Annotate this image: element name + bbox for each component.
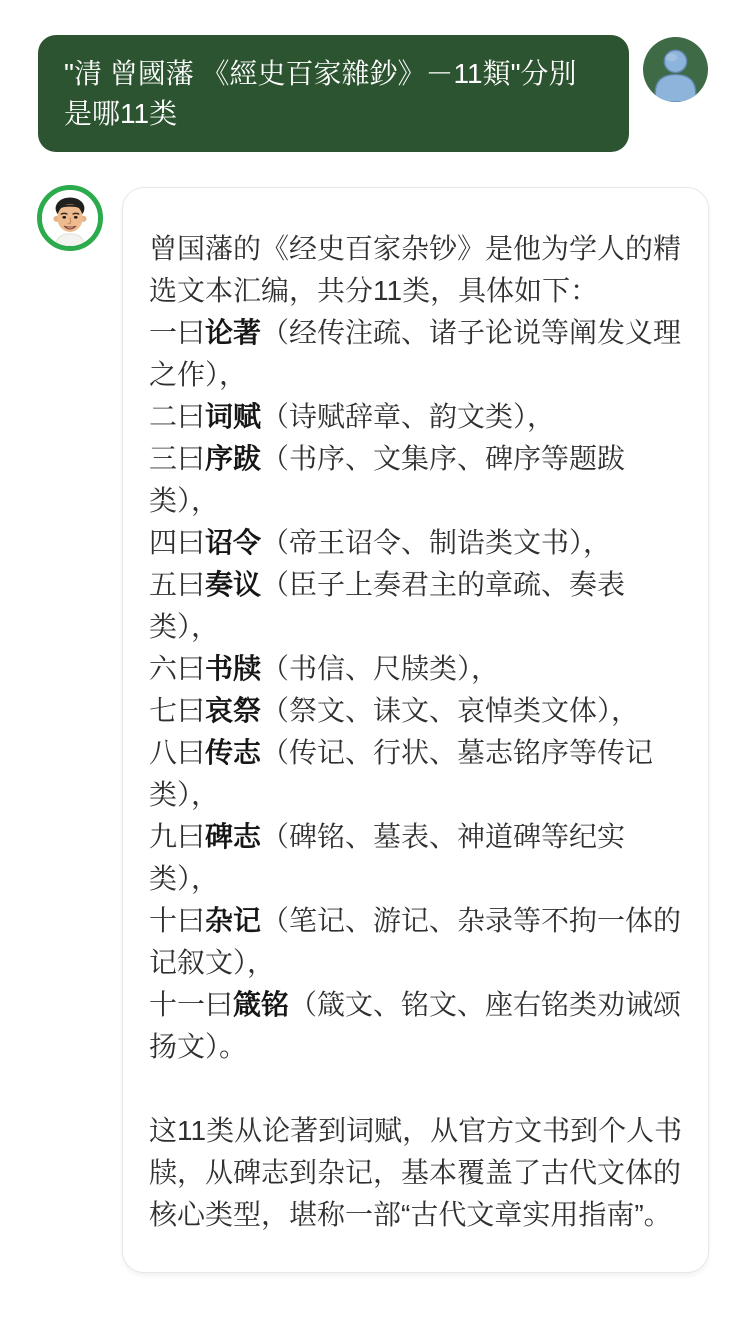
reply-item: 五曰奏议（臣子上奏君主的章疏、奏表类）， xyxy=(149,564,693,648)
user-message-bubble: "清 曾國藩 《經史百家雜鈔》－11類"分別是哪11类 xyxy=(38,35,629,152)
reply-item: 八曰传志（传记、行状、墓志铭序等传记类）， xyxy=(149,732,693,816)
category-term: 哀祭 xyxy=(205,695,261,726)
item-detail: （帝王诏令、制诰类文书）， xyxy=(261,527,611,558)
category-term: 序跋 xyxy=(205,443,261,474)
item-prefix: 四曰 xyxy=(149,527,205,558)
reply-item: 一曰论著（经传注疏、诸子论说等阐发义理之作）， xyxy=(149,312,693,396)
item-prefix: 一曰 xyxy=(149,317,205,348)
category-term: 论著 xyxy=(205,317,261,348)
item-prefix: 二曰 xyxy=(149,401,205,432)
item-prefix: 十曰 xyxy=(149,905,205,936)
user-message-row: "清 曾國藩 《經史百家雜鈔》－11類"分別是哪11类 xyxy=(38,35,708,152)
assistant-message-bubble: 曾国藩的《经史百家杂钞》是他为学人的精选文本汇编，共分11类，具体如下： 一曰论… xyxy=(122,187,709,1273)
user-avatar[interactable] xyxy=(643,37,708,102)
item-prefix: 八曰 xyxy=(149,737,205,768)
reply-item: 三曰序跋（书序、文集序、碑序等题跋类）， xyxy=(149,438,693,522)
assistant-avatar[interactable] xyxy=(37,185,103,251)
person-icon xyxy=(643,37,708,102)
reply-item: 六曰书牍（书信、尺牍类）， xyxy=(149,648,693,690)
category-term: 奏议 xyxy=(205,569,261,600)
user-message-text: "清 曾國藩 《經史百家雜鈔》－11類"分別是哪11类 xyxy=(64,58,577,129)
item-detail: （祭文、诔文、哀悼类文体）， xyxy=(261,695,639,726)
category-term: 诏令 xyxy=(205,527,261,558)
category-term: 书牍 xyxy=(205,653,261,684)
reply-item: 十一曰箴铭（箴文、铭文、座右铭类劝诫颂扬文）。 xyxy=(149,984,693,1068)
category-term: 杂记 xyxy=(205,905,261,936)
category-term: 传志 xyxy=(205,737,261,768)
category-term: 词赋 xyxy=(205,401,261,432)
reply-item: 七曰哀祭（祭文、诔文、哀悼类文体）， xyxy=(149,690,693,732)
item-detail: （诗赋辞章、韵文类）， xyxy=(261,401,555,432)
chat-area: "清 曾國藩 《經史百家雜鈔》－11類"分別是哪11类 xyxy=(0,35,742,1273)
reply-item: 四曰诏令（帝王诏令、制诰类文书）， xyxy=(149,522,693,564)
item-prefix: 六曰 xyxy=(149,653,205,684)
reply-item: 二曰词赋（诗赋辞章、韵文类）， xyxy=(149,396,693,438)
category-term: 箴铭 xyxy=(233,989,289,1020)
reply-item: 十曰杂记（笔记、游记、杂录等不拘一体的记叙文）， xyxy=(149,900,693,984)
assistant-message-row: 曾国藩的《经史百家杂钞》是他为学人的精选文本汇编，共分11类，具体如下： 一曰论… xyxy=(37,185,742,1273)
category-term: 碑志 xyxy=(205,821,261,852)
item-prefix: 五曰 xyxy=(149,569,205,600)
reply-intro: 曾国藩的《经史百家杂钞》是他为学人的精选文本汇编，共分11类，具体如下： xyxy=(149,228,693,312)
item-detail: （书信、尺牍类）， xyxy=(261,653,499,684)
item-prefix: 三曰 xyxy=(149,443,205,474)
item-prefix: 七曰 xyxy=(149,695,205,726)
reply-closing-paragraph: 这11类从论著到词赋，从官方文书到个人书牍，从碑志到杂记，基本覆盖了古代文体的核… xyxy=(149,1110,693,1236)
reply-item: 九曰碑志（碑铭、墓表、神道碑等纪实类）， xyxy=(149,816,693,900)
man-face-photo-icon xyxy=(42,190,98,246)
item-prefix: 十一曰 xyxy=(149,989,233,1020)
item-prefix: 九曰 xyxy=(149,821,205,852)
reply-items: 一曰论著（经传注疏、诸子论说等阐发义理之作），二曰词赋（诗赋辞章、韵文类），三曰… xyxy=(149,312,693,1068)
